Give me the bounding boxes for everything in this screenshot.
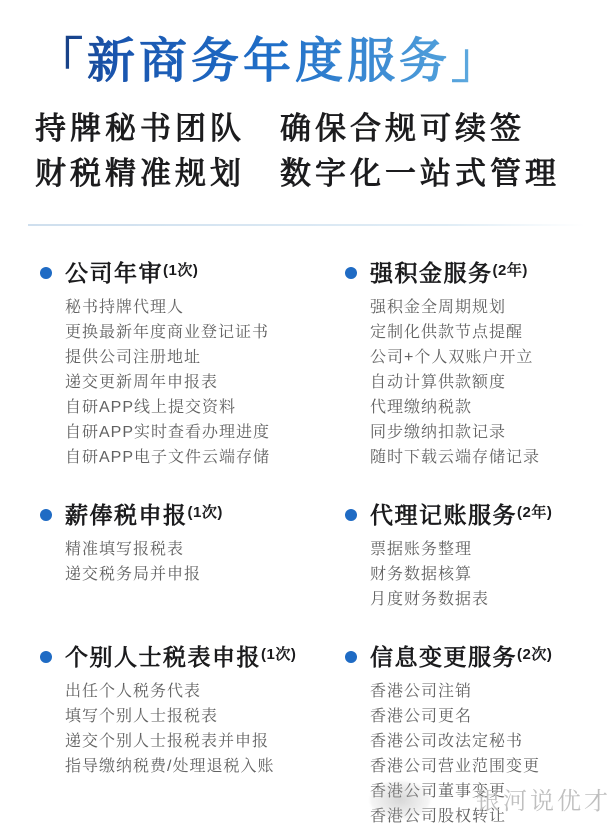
bullet-dot-icon [345, 651, 357, 663]
subtitle-line-2: 财税精准规划 数字化一站式管理 [35, 151, 600, 196]
service-item: 更换最新年度商业登记证书 [65, 320, 345, 345]
service-item: 香港公司更名 [370, 704, 600, 729]
bullet-dot-icon [40, 267, 52, 279]
service-item: 秘书持牌代理人 [65, 295, 345, 320]
service-item: 月度财务数据表 [370, 587, 600, 612]
page-title: 「新商务年度服务」 [35, 34, 600, 90]
service-item: 精准填写报税表 [65, 537, 345, 562]
section-header: 薪俸税申报(1次) [40, 498, 345, 531]
divider [28, 224, 585, 226]
section-title: 个别人士税表申报 [65, 642, 261, 672]
poster: 「新商务年度服务」 持牌秘书团队 确保合规可续签 财税精准规划 数字化一站式管理… [0, 0, 615, 829]
service-item: 公司+个人双账户开立 [370, 345, 600, 370]
service-item: 递交更新周年申报表 [65, 370, 345, 395]
service-item: 强积金全周期规划 [370, 295, 600, 320]
section-title: 薪俸税申报 [65, 500, 188, 530]
service-item: 自研APP线上提交资料 [65, 395, 345, 420]
service-item: 票据账务整理 [370, 537, 600, 562]
service-item: 同步缴纳扣款记录 [370, 420, 600, 445]
section-title: 信息变更服务 [370, 642, 517, 672]
subtitle: 持牌秘书团队 确保合规可续签 财税精准规划 数字化一站式管理 [35, 106, 600, 196]
section-count: (1次) [261, 640, 296, 673]
service-item: 自研APP电子文件云端存储 [65, 445, 345, 470]
bullet-dot-icon [345, 267, 357, 279]
watermark-text: 银河说优才 [476, 781, 611, 816]
service-item: 自动计算供款额度 [370, 370, 600, 395]
service-item: 财务数据核算 [370, 562, 600, 587]
service-section: 公司年审(1次) 秘书持牌代理人更换最新年度商业登记证书提供公司注册地址递交更新… [40, 256, 345, 470]
section-count: (1次) [163, 256, 198, 289]
bullet-dot-icon [345, 509, 357, 521]
section-header: 信息变更服务(2次) [345, 640, 600, 673]
service-item: 填写个别人士报税表 [65, 704, 345, 729]
service-item: 递交个别人士报税表并申报 [65, 729, 345, 754]
service-item: 代理缴纳税款 [370, 395, 600, 420]
section-title: 强积金服务 [370, 258, 493, 288]
service-item: 定制化供款节点提醒 [370, 320, 600, 345]
service-section: 代理记账服务(2年) 票据账务整理财务数据核算月度财务数据表 [345, 498, 600, 612]
service-item: 指导缴纳税费/处理退税入账 [65, 754, 345, 779]
bullet-dot-icon [40, 651, 52, 663]
bullet-dot-icon [40, 509, 52, 521]
service-item: 香港公司营业范围变更 [370, 754, 600, 779]
section-items: 票据账务整理财务数据核算月度财务数据表 [345, 537, 600, 612]
section-header: 个别人士税表申报(1次) [40, 640, 345, 673]
service-item: 随时下载云端存储记录 [370, 445, 600, 470]
services-grid: 公司年审(1次) 秘书持牌代理人更换最新年度商业登记证书提供公司注册地址递交更新… [35, 256, 600, 829]
section-items: 精准填写报税表递交税务局并申报 [40, 537, 345, 587]
section-count: (2次) [517, 640, 552, 673]
service-section: 强积金服务(2年) 强积金全周期规划定制化供款节点提醒公司+个人双账户开立自动计… [345, 256, 600, 470]
subtitle-line-1: 持牌秘书团队 确保合规可续签 [35, 106, 600, 151]
section-count: (2年) [493, 256, 528, 289]
section-items: 出任个人税务代表填写个别人士报税表递交个别人士报税表并申报指导缴纳税费/处理退税… [40, 679, 345, 779]
service-section: 薪俸税申报(1次) 精准填写报税表递交税务局并申报 [40, 498, 345, 587]
section-title: 公司年审 [65, 258, 163, 288]
section-title: 代理记账服务 [370, 500, 517, 530]
service-item: 提供公司注册地址 [65, 345, 345, 370]
section-header: 代理记账服务(2年) [345, 498, 600, 531]
service-item: 香港公司改法定秘书 [370, 729, 600, 754]
section-items: 秘书持牌代理人更换最新年度商业登记证书提供公司注册地址递交更新周年申报表自研AP… [40, 295, 345, 470]
service-item: 自研APP实时查看办理进度 [65, 420, 345, 445]
section-header: 公司年审(1次) [40, 256, 345, 289]
section-count: (1次) [188, 498, 223, 531]
service-item: 香港公司注销 [370, 679, 600, 704]
service-item: 出任个人税务代表 [65, 679, 345, 704]
section-header: 强积金服务(2年) [345, 256, 600, 289]
section-count: (2年) [517, 498, 552, 531]
service-section: 个别人士税表申报(1次) 出任个人税务代表填写个别人士报税表递交个别人士报税表并… [40, 640, 345, 779]
service-item: 递交税务局并申报 [65, 562, 345, 587]
section-items: 强积金全周期规划定制化供款节点提醒公司+个人双账户开立自动计算供款额度代理缴纳税… [345, 295, 600, 470]
